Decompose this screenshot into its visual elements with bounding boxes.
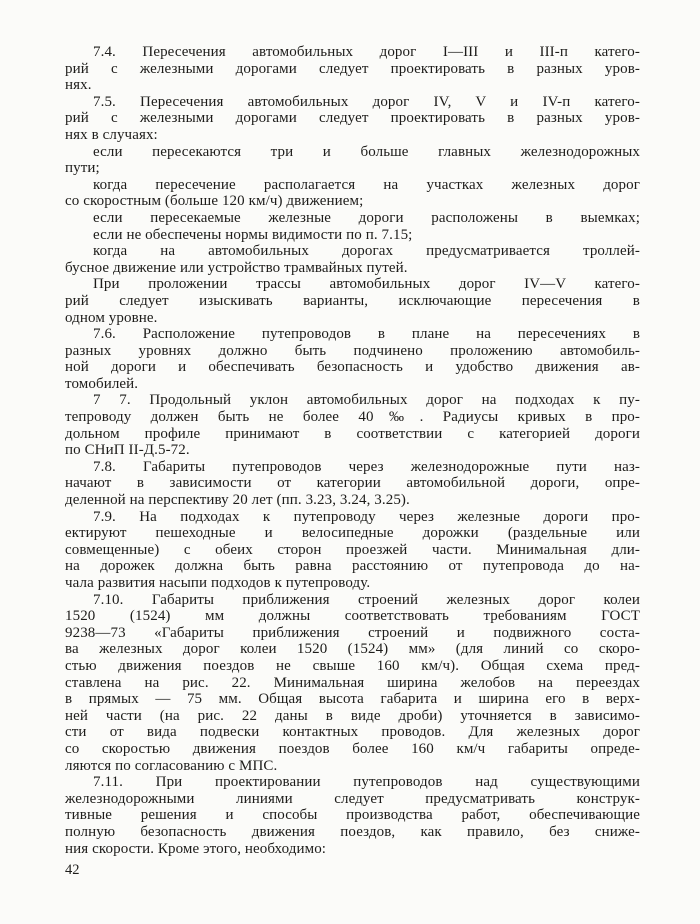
paragraph: 7.4. Пересечения автомобильных дорог I—I… xyxy=(65,44,640,94)
paragraph: 7.9. На подходах к путепроводу через жел… xyxy=(65,509,640,592)
text-line: ва железных дорог колеи 1520 (1524) мм» … xyxy=(65,641,640,658)
text-line: 7.6. Расположение путепроводов в плане н… xyxy=(65,326,640,343)
text-line: ной дороги и обеспечивать безопасность и… xyxy=(65,359,640,376)
text-line: бусное движение или устройство трамвайны… xyxy=(65,260,640,277)
text-line: когда на автомобильных дорогах предусмат… xyxy=(65,243,640,260)
text-line: 7.10. Габариты приближения строений желе… xyxy=(65,592,640,609)
text-line: если пересекаемые железные дороги распол… xyxy=(65,210,640,227)
paragraph: если не обеспечены нормы видимости по п.… xyxy=(65,227,640,244)
paragraph: 7.10. Габариты приближения строений желе… xyxy=(65,592,640,775)
text-line: 7.4. Пересечения автомобильных дорог I—I… xyxy=(65,44,640,61)
text-line: 9238—73 «Габариты приближения строений и… xyxy=(65,625,640,642)
text-line: При проложении трассы автомобильных доро… xyxy=(65,276,640,293)
paragraph: когда на автомобильных дорогах предусмат… xyxy=(65,243,640,276)
paragraph: когда пересечение располагается на участ… xyxy=(65,177,640,210)
text-line: тивные решения и способы производства ра… xyxy=(65,807,640,824)
text-line: со скоростью движения поездов более 160 … xyxy=(65,741,640,758)
text-line: стью движения поездов не свыше 160 км/ч)… xyxy=(65,658,640,675)
paragraph: 7.8. Габариты путепроводов через железно… xyxy=(65,459,640,509)
paragraph: 7 7. Продольный уклон автомобильных доро… xyxy=(65,392,640,458)
text-line: если не обеспечены нормы видимости по п.… xyxy=(65,227,640,244)
text-line: одном уровне. xyxy=(65,310,640,327)
text-line: сти от вида подвески контактных проводов… xyxy=(65,724,640,741)
text-line: разных уровнях должно быть подчинено про… xyxy=(65,343,640,360)
text-line: ней части (на рис. 22 даны в виде дроби)… xyxy=(65,708,640,725)
page-number: 42 xyxy=(65,862,640,878)
text-line: в прямых — 75 мм. Общая высота габарита … xyxy=(65,691,640,708)
paragraph: если пересекаемые железные дороги распол… xyxy=(65,210,640,227)
text-line: 7.11. При проектировании путепроводов на… xyxy=(65,774,640,791)
text-line: ставлена на рис. 22. Минимальная ширина … xyxy=(65,675,640,692)
text-line: начают в зависимости от категории автомо… xyxy=(65,475,640,492)
text-line: нях. xyxy=(65,77,640,94)
text-line: совмещенные) с обеих сторон проезжей час… xyxy=(65,542,640,559)
text-line: нях в случаях: xyxy=(65,127,640,144)
paragraph: если пересекаются три и больше главных ж… xyxy=(65,144,640,177)
text-line: рий с железными дорогами следует проекти… xyxy=(65,110,640,127)
text-line: ектируют пешеходные и велосипедные дорож… xyxy=(65,525,640,542)
text-line: когда пересечение располагается на участ… xyxy=(65,177,640,194)
text-line: со скоростным (больше 120 км/ч) движение… xyxy=(65,193,640,210)
text-line: томобилей. xyxy=(65,376,640,393)
text-line: чала развития насыпи подходов к путепров… xyxy=(65,575,640,592)
text-line: ляются по согласованию с МПС. xyxy=(65,758,640,775)
paragraph: 7.6. Расположение путепроводов в плане н… xyxy=(65,326,640,392)
paragraphs: 7.4. Пересечения автомобильных дорог I—I… xyxy=(65,44,640,857)
text-line: по СНиП II-Д.5-72. xyxy=(65,442,640,459)
text-line: полную безопасность движения поездов, ка… xyxy=(65,824,640,841)
paragraph: 7.5. Пересечения автомобильных дорог IV,… xyxy=(65,94,640,144)
text-line: 1520 (1524) мм должны соответствовать тр… xyxy=(65,608,640,625)
paragraph: При проложении трассы автомобильных доро… xyxy=(65,276,640,326)
text-line: рий с железными дорогами следует проекти… xyxy=(65,61,640,78)
text-line: ния скорости. Кроме этого, необходимо: xyxy=(65,841,640,858)
document-page: 7.4. Пересечения автомобильных дорог I—I… xyxy=(0,0,700,924)
text-line: если пересекаются три и больше главных ж… xyxy=(65,144,640,161)
text-line: железнодорожными линиями следует предусм… xyxy=(65,791,640,808)
paragraph: 7.11. При проектировании путепроводов на… xyxy=(65,774,640,857)
text-line: 7.8. Габариты путепроводов через железно… xyxy=(65,459,640,476)
text-line: 7.9. На подходах к путепроводу через жел… xyxy=(65,509,640,526)
text-line: 7 7. Продольный уклон автомобильных доро… xyxy=(65,392,640,409)
text-line: деленной на перспективу 20 лет (пп. 3.23… xyxy=(65,492,640,509)
text-line: дольном профиле принимают в соответствии… xyxy=(65,426,640,443)
text-line: тепроводу должен быть не более 40‰. Ради… xyxy=(65,409,640,426)
text-line: рий следует изыскивать варианты, исключа… xyxy=(65,293,640,310)
text-line: пути; xyxy=(65,160,640,177)
text-line: 7.5. Пересечения автомобильных дорог IV,… xyxy=(65,94,640,111)
text-line: на дорожек должна быть равна расстоянию … xyxy=(65,558,640,575)
